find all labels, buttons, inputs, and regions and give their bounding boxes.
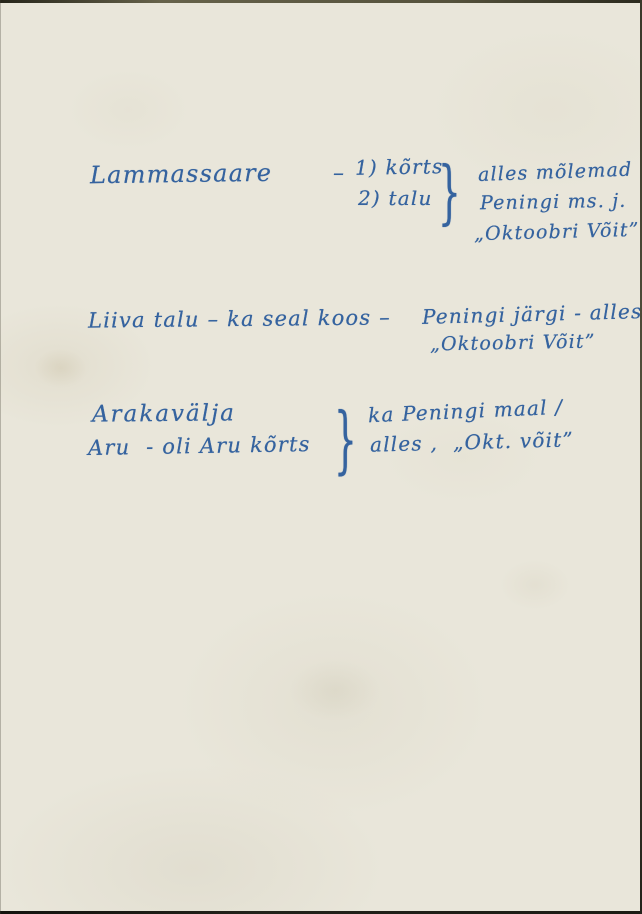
list-item-talu: 2) talu xyxy=(358,186,433,210)
paper-stain xyxy=(500,560,570,610)
scan-edge-top xyxy=(0,0,642,3)
place-name-arakavalja: Arakavälja xyxy=(92,400,236,427)
note-line: ka Peningi maal / xyxy=(368,395,564,427)
place-name-aru: Aru - oli Aru kõrts xyxy=(88,432,311,460)
paper-stain xyxy=(290,660,380,720)
note-line-quote: „Oktoobri Võit” xyxy=(474,219,640,245)
dash-separator: – xyxy=(333,161,345,186)
note-line-quote: „Oktoobri Võit” xyxy=(430,331,596,356)
note-line: Peningi ms. j. xyxy=(480,190,627,215)
scanned-page: Lammassaare – 1) kõrts 2) talu } alles m… xyxy=(0,0,642,914)
curly-brace: } xyxy=(334,398,357,484)
place-name-lammassaare: Lammassaare xyxy=(90,159,273,190)
paper-stain xyxy=(34,348,88,388)
curly-brace: } xyxy=(438,152,461,234)
list-item-korts: 1) kõrts xyxy=(355,154,444,180)
place-name-liiva-talu: Liiva talu – ka seal koos – xyxy=(88,305,391,332)
note-line: Peningi järgi - alles xyxy=(422,299,642,329)
scan-edge-left xyxy=(0,0,1,914)
note-line: alles mõlemad , xyxy=(478,158,642,186)
note-line-quote: alles , „Okt. võit” xyxy=(370,427,574,456)
